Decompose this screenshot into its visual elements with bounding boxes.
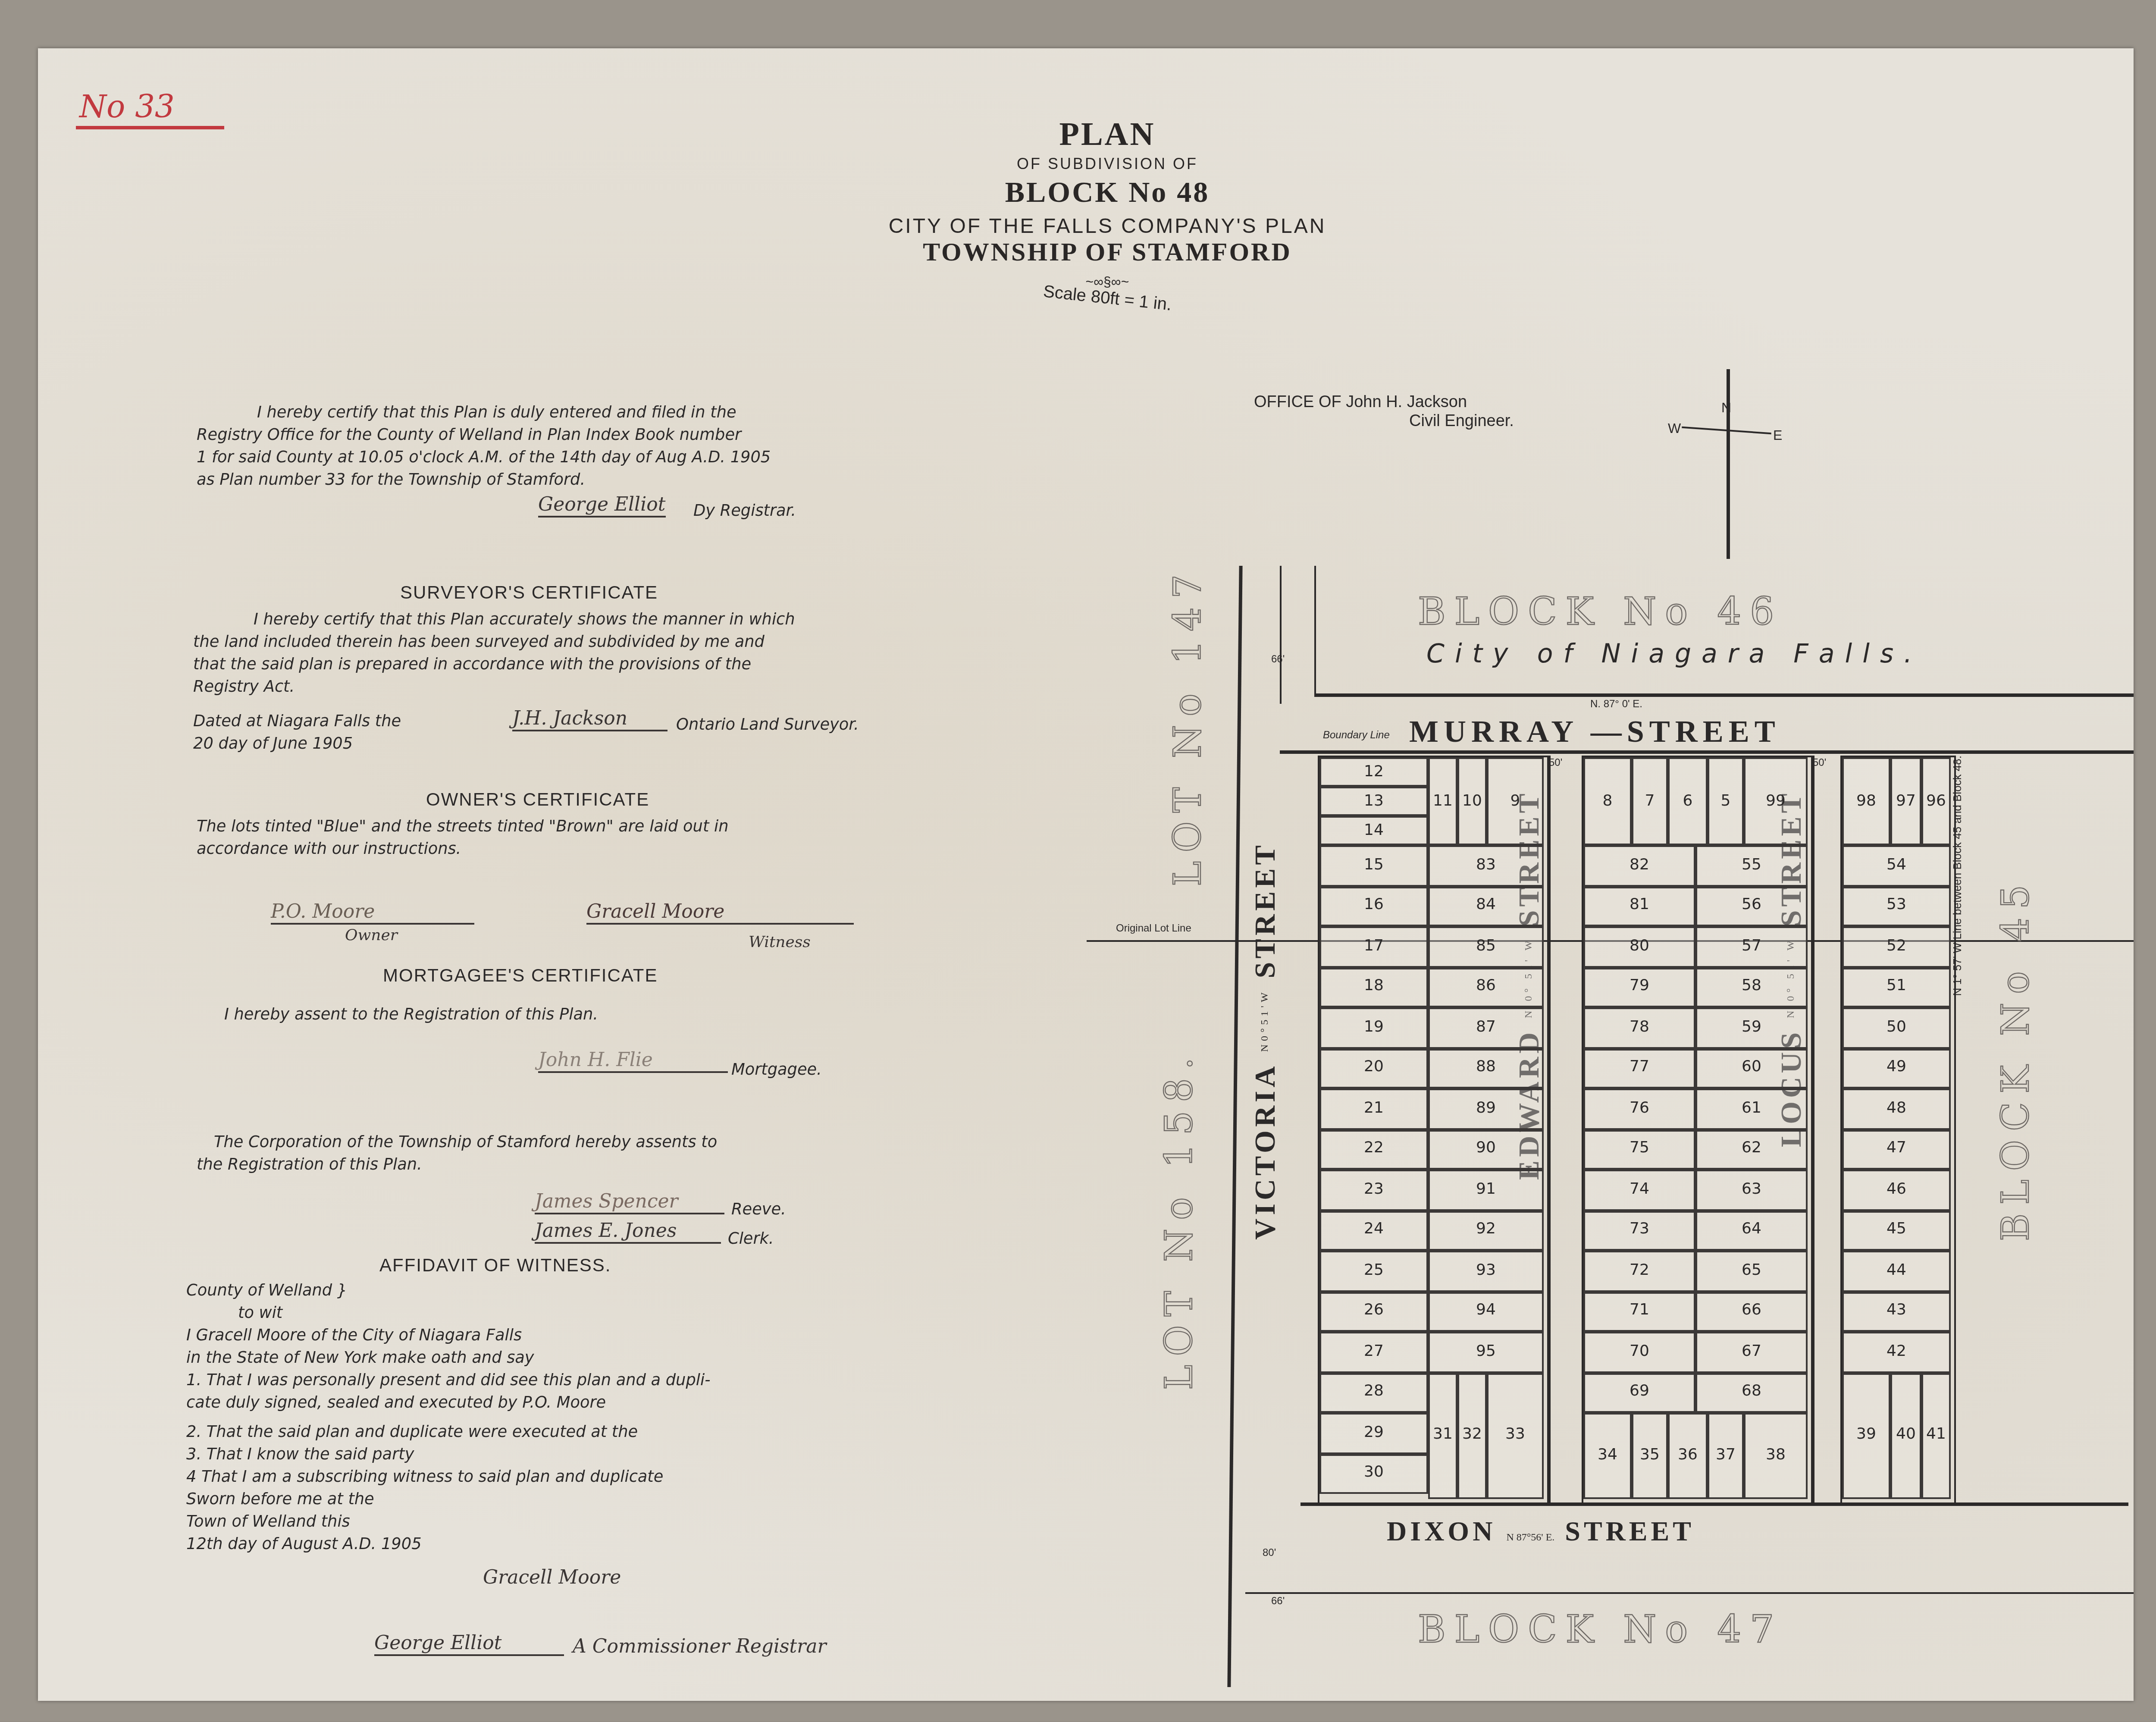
- affidavit-county: County of Welland }: [186, 1280, 980, 1302]
- original-lot-line-label: Original Lot Line: [1116, 925, 1191, 935]
- lot-parcel: 43: [1842, 1291, 1951, 1332]
- lot-parcel: 20: [1319, 1048, 1428, 1088]
- lot-parcel: 55: [1695, 845, 1808, 886]
- lot-parcel: 78: [1583, 1007, 1695, 1048]
- surveyor-line-2: the land included therein has been surve…: [193, 631, 935, 654]
- registry-line-3: 1 for said County at 10.05 o'clock A.M. …: [197, 447, 921, 469]
- lot-parcel: 41: [1921, 1372, 1951, 1499]
- lot-parcel: 6: [1668, 757, 1708, 845]
- registry-line-4: as Plan number 33 for the Township of St…: [197, 469, 921, 492]
- lot-parcel: 26: [1319, 1291, 1428, 1332]
- lot-parcel: 14: [1319, 816, 1428, 845]
- lot-parcel: 80: [1583, 926, 1695, 967]
- plan-number-stamp: No 33: [79, 90, 175, 126]
- lot-parcel: 85: [1428, 926, 1544, 967]
- mortgagee-role: Mortgagee.: [731, 1059, 822, 1082]
- lot-parcel: 87: [1428, 1007, 1544, 1048]
- lot-parcel: 64: [1695, 1210, 1808, 1251]
- lot-parcel: 76: [1583, 1088, 1695, 1129]
- murray-street-boundary: [1280, 750, 2134, 754]
- lot-parcel: 72: [1583, 1251, 1695, 1291]
- lot-147-label: LOT No 147: [1168, 566, 1211, 886]
- lot-parcel: 46: [1842, 1170, 1951, 1210]
- lot-parcel: 54: [1842, 845, 1951, 886]
- title-plan: PLAN: [935, 117, 1280, 155]
- mortgagee-heading: MORTGAGEE'S CERTIFICATE: [383, 966, 658, 987]
- compass-e-label: E: [1773, 428, 1782, 443]
- compass-w-label: W: [1668, 421, 1681, 436]
- lot-parcel: 45: [1842, 1210, 1951, 1251]
- lot-parcel: 33: [1487, 1372, 1544, 1499]
- block-46-sublabel: City of Niagara Falls.: [1426, 643, 1922, 666]
- lot-parcel: 48: [1842, 1088, 1951, 1129]
- lot-parcel: 22: [1319, 1129, 1428, 1170]
- lot-parcel: 10: [1457, 757, 1487, 845]
- lot-parcel: 12: [1319, 757, 1428, 787]
- affidavit-item-2: 2. That the said plan and duplicate were…: [186, 1421, 980, 1444]
- lot-parcel: 34: [1583, 1413, 1632, 1499]
- width-66-top: 66': [1271, 656, 1285, 666]
- block-47-label: BLOCK No 47: [1418, 1609, 1783, 1653]
- witness-label: Witness: [749, 935, 811, 952]
- victoria-street-west-line: [1280, 566, 1282, 704]
- owner-label: Owner: [345, 928, 398, 945]
- clerk-signature: James E. Jones: [535, 1220, 721, 1244]
- victoria-street-word: STREET: [1249, 842, 1282, 978]
- reeve-label: Reeve.: [731, 1199, 786, 1221]
- lot-parcel: 86: [1428, 967, 1544, 1007]
- registry-line-1: I hereby certify that this Plan is duly …: [197, 402, 921, 424]
- lot-parcel: 79: [1583, 967, 1695, 1007]
- lot-parcel: 91: [1428, 1170, 1544, 1210]
- affidavit-body: County of Welland } to wit I Gracell Moo…: [186, 1280, 980, 1556]
- affidavit-heading: AFFIDAVIT OF WITNESS.: [379, 1256, 611, 1277]
- lot-parcel: 90: [1428, 1129, 1544, 1170]
- lot-parcel: 77: [1583, 1048, 1695, 1088]
- compass-north-arrow-icon: [1727, 369, 1730, 559]
- lot-parcel: 50: [1842, 1007, 1951, 1048]
- dixon-street-name: DIXON: [1387, 1518, 1496, 1547]
- lot-parcel: 94: [1428, 1291, 1544, 1332]
- lot-boundary-line: [1227, 566, 1242, 1687]
- lot-parcel: 92: [1428, 1210, 1544, 1251]
- surveyor-dated: Dated at Niagara Falls the 20 day of Jun…: [193, 711, 401, 756]
- lot-parcel: 69: [1583, 1372, 1695, 1413]
- dixon-street-south-line: [1245, 1592, 2134, 1594]
- block-a: 1213141110915161718192021222324252627282…: [1318, 756, 1551, 1506]
- dixon-street-word: STREET: [1565, 1518, 1695, 1547]
- affidavit-witness-signature: Gracell Moore: [483, 1566, 621, 1589]
- registrar-role: Dy Registrar.: [693, 500, 796, 523]
- corporation-assent: The Corporation of the Township of Stamf…: [197, 1132, 956, 1176]
- lot-parcel: 18: [1319, 967, 1428, 1007]
- lot-parcel: 27: [1319, 1332, 1428, 1372]
- lot-parcel: 57: [1695, 926, 1808, 967]
- street-width-edward: 50': [1549, 759, 1562, 769]
- lot-parcel: 31: [1428, 1372, 1457, 1499]
- lot-parcel: 36: [1668, 1413, 1708, 1499]
- victoria-street-label: VICTORIA N0°51'W STREET: [1249, 842, 1283, 1240]
- lot-parcel: 66: [1695, 1291, 1808, 1332]
- lot-parcel: 24: [1319, 1210, 1428, 1251]
- lot-parcel: 30: [1319, 1453, 1428, 1494]
- lot-parcel: 95: [1428, 1332, 1544, 1372]
- registrar-signature: George Elliot: [538, 493, 665, 518]
- lot-parcel: 98: [1842, 757, 1890, 845]
- surveyor-line-1: I hereby certify that this Plan accurate…: [193, 609, 935, 631]
- lot-parcel: 51: [1842, 967, 1951, 1007]
- lot-parcel: 60: [1695, 1048, 1808, 1088]
- block46-west-line: [1314, 566, 1316, 695]
- lot-parcel: 70: [1583, 1332, 1695, 1372]
- title-block: BLOCK No 48: [849, 176, 1366, 210]
- lot-parcel: 52: [1842, 926, 1951, 967]
- affidavit-sworn-1: Sworn before me at the: [186, 1489, 980, 1511]
- lot-parcel: 99: [1744, 757, 1808, 845]
- affidavit-item-4: 4 That I am a subscribing witness to sai…: [186, 1466, 980, 1489]
- affidavit-line-2: in the State of New York make oath and s…: [186, 1347, 980, 1370]
- lot-parcel: 49: [1842, 1048, 1951, 1088]
- title-of-subdivision: OF SUBDIVISION OF: [849, 155, 1366, 173]
- lot-parcel: 44: [1842, 1251, 1951, 1291]
- lot-parcel: 88: [1428, 1048, 1544, 1088]
- office-line-1: OFFICE OF John H. Jackson: [1254, 393, 1514, 412]
- affidavit-item-3: 3. That I know the said party: [186, 1444, 980, 1466]
- lot-parcel: 9: [1487, 757, 1544, 845]
- lot-parcel: 23: [1319, 1170, 1428, 1210]
- affidavit-item-1a: 1. That I was personally present and did…: [186, 1370, 980, 1392]
- owner-line-1: The lots tinted "Blue" and the streets t…: [197, 816, 938, 838]
- lot-parcel: 84: [1428, 886, 1544, 926]
- lot-parcel: 96: [1921, 757, 1951, 845]
- dixon-street-label: DIXON N 87°56' E. STREET: [1387, 1518, 1695, 1549]
- commissioner-signature: George Elliot: [374, 1632, 564, 1656]
- surveyor-heading: SURVEYOR'S CERTIFICATE: [400, 583, 658, 604]
- lot-parcel: 39: [1842, 1372, 1890, 1499]
- block-46-label: BLOCK No 46: [1418, 592, 1783, 635]
- lot-parcel: 38: [1744, 1413, 1808, 1499]
- lot-parcel: 58: [1695, 967, 1808, 1007]
- owner-signature: P.O. Moore: [271, 900, 474, 925]
- boundary-line-label: Boundary Line: [1323, 731, 1390, 742]
- surveyor-dated-line-1: Dated at Niagara Falls the: [193, 711, 401, 733]
- lot-parcel: 8: [1583, 757, 1632, 845]
- lot-parcel: 25: [1319, 1251, 1428, 1291]
- owner-line-2: accordance with our instructions.: [197, 838, 938, 861]
- affidavit-sworn-3: 12th day of August A.D. 1905: [186, 1534, 980, 1556]
- lot-parcel: 35: [1632, 1413, 1668, 1499]
- lot-parcel: 61: [1695, 1088, 1808, 1129]
- affidavit-item-1b: cate duly signed, sealed and executed by…: [186, 1392, 980, 1415]
- registry-line-2: Registry Office for the County of Wellan…: [197, 424, 921, 447]
- title-township: TOWNSHIP OF STAMFORD: [762, 240, 1452, 269]
- dixon-street-bearing: N 87°56' E.: [1506, 1534, 1554, 1544]
- lot-parcel: 7: [1632, 757, 1668, 845]
- affidavit-to-wit: to wit: [186, 1302, 980, 1325]
- corporation-line-1: The Corporation of the Township of Stamf…: [197, 1132, 956, 1154]
- title-city: CITY OF THE FALLS COMPANY'S PLAN: [762, 214, 1452, 238]
- lot-parcel: 83: [1428, 845, 1544, 886]
- surveyor-role: Ontario Land Surveyor.: [676, 714, 859, 737]
- lot-parcel: 56: [1695, 886, 1808, 926]
- lot-parcel: 15: [1319, 845, 1428, 886]
- lot-parcel: 5: [1708, 757, 1744, 845]
- registry-certificate: I hereby certify that this Plan is duly …: [197, 402, 921, 492]
- lot-parcel: 40: [1890, 1372, 1921, 1499]
- commissioner-role: A Commissioner Registrar: [573, 1635, 827, 1658]
- lot-parcel: 19: [1319, 1007, 1428, 1048]
- reeve-signature: James Spencer: [535, 1190, 724, 1214]
- surveyor-certificate: I hereby certify that this Plan accurate…: [193, 609, 935, 699]
- width-80: 80': [1263, 1549, 1276, 1559]
- surveyor-line-4: Registry Act.: [193, 676, 935, 699]
- lot-parcel: 65: [1695, 1251, 1808, 1291]
- lot-parcel: 93: [1428, 1251, 1544, 1291]
- surveyor-line-3: that the said plan is prepared in accord…: [193, 654, 935, 676]
- lot-parcel: 97: [1890, 757, 1921, 845]
- lot-158-label: LOT No 158.: [1159, 1049, 1202, 1390]
- lot-parcel: 29: [1319, 1413, 1428, 1453]
- mortgagee-line-1: I hereby assent to the Registration of t…: [224, 1004, 598, 1026]
- owner-certificate: The lots tinted "Blue" and the streets t…: [197, 816, 938, 861]
- lot-parcel: 81: [1583, 886, 1695, 926]
- lot-parcel: 53: [1842, 886, 1951, 926]
- block46-south-line: [1314, 693, 2134, 697]
- lot-parcel: 11: [1428, 757, 1457, 845]
- surveyor-dated-line-2: 20 day of June 1905: [193, 733, 401, 756]
- lot-parcel: 42: [1842, 1332, 1951, 1372]
- lot-parcel: 59: [1695, 1007, 1808, 1048]
- plan-sheet: No 33 PLAN OF SUBDIVISION OF BLOCK No 48…: [38, 48, 2134, 1701]
- affidavit-line-1: I Gracell Moore of the City of Niagara F…: [186, 1325, 980, 1347]
- lot-parcel: 74: [1583, 1170, 1695, 1210]
- lot-parcel: 67: [1695, 1332, 1808, 1372]
- owner-heading: OWNER'S CERTIFICATE: [426, 790, 649, 811]
- lot-parcel: 32: [1457, 1372, 1487, 1499]
- lot-parcel: 68: [1695, 1372, 1808, 1413]
- lot-parcel: 17: [1319, 926, 1428, 967]
- murray-street-label: MURRAY —STREET: [1409, 714, 1780, 750]
- lot-parcel: 13: [1319, 787, 1428, 816]
- corporation-line-2: the Registration of this Plan.: [197, 1154, 956, 1176]
- office-block: OFFICE OF John H. Jackson Civil Engineer…: [1254, 393, 1514, 431]
- mortgagee-signature: John H. Flie: [538, 1049, 728, 1073]
- surveyor-signature: J.H. Jackson: [512, 707, 667, 731]
- block-45-label: BLOCK No 45: [1996, 876, 2039, 1241]
- block-b: 8765998281807978777675747372717069555657…: [1582, 756, 1814, 1506]
- street-width-locus: 50': [1813, 759, 1826, 769]
- affidavit-sworn-2: Town of Welland this: [186, 1511, 980, 1534]
- compass-n-label: N: [1721, 400, 1731, 416]
- lot-parcel: 28: [1319, 1372, 1428, 1413]
- lot-parcel: 62: [1695, 1129, 1808, 1170]
- lot-parcel: 63: [1695, 1170, 1808, 1210]
- witness-signature: Gracell Moore: [586, 900, 854, 925]
- office-line-2: Civil Engineer.: [1254, 412, 1514, 431]
- victoria-street-name: VICTORIA: [1249, 1063, 1282, 1239]
- lot-parcel: 16: [1319, 886, 1428, 926]
- clerk-label: Clerk.: [728, 1228, 774, 1251]
- victoria-street-bearing: N0°51'W: [1261, 989, 1271, 1052]
- lot-parcel: 21: [1319, 1088, 1428, 1129]
- lot-parcel: 75: [1583, 1129, 1695, 1170]
- lot-parcel: 71: [1583, 1291, 1695, 1332]
- lot-parcel: 73: [1583, 1210, 1695, 1251]
- width-66-bottom: 66': [1271, 1597, 1285, 1608]
- block-c: 98979654535251504948474645444342394041: [1840, 756, 1956, 1506]
- bearing-north: N. 87° 0' E.: [1590, 700, 1642, 711]
- lot-parcel: 82: [1583, 845, 1695, 886]
- lot-parcel: 89: [1428, 1088, 1544, 1129]
- lot-parcel: 37: [1708, 1413, 1744, 1499]
- stamp-underline: [76, 126, 224, 129]
- lot-parcel: 47: [1842, 1129, 1951, 1170]
